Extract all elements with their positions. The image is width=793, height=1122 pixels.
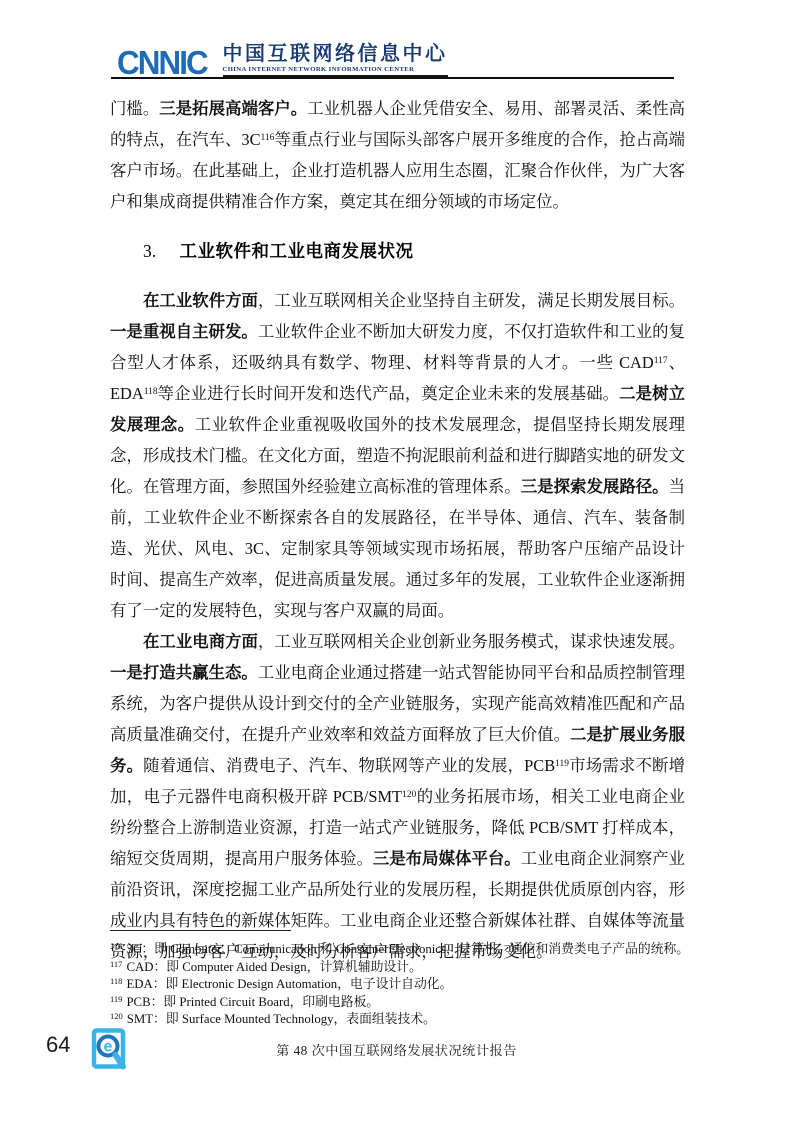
footnote-separator	[110, 930, 291, 931]
org-name-en: CHINA INTERNET NETWORK INFORMATION CENTE…	[223, 65, 448, 77]
org-name-cn: 中国互联网络信息中心	[223, 44, 448, 65]
section-number: 3.	[143, 236, 156, 267]
footnote-ref: 117	[654, 356, 668, 366]
footnote-marker: 118	[110, 976, 122, 986]
footnote-ref: 116	[261, 133, 275, 143]
footnote: 119PCB：即 Printed Circuit Board，印刷电路板。	[110, 994, 692, 1012]
footnote-marker: 116	[110, 941, 122, 951]
footnote-text: EDA：即 Electronic Design Automation，电子设计自…	[126, 977, 452, 991]
document-page: CNNIC 中国互联网络信息中心 CHINA INTERNET NETWORK …	[0, 0, 793, 1122]
footnote-ref: 118	[144, 387, 158, 397]
footnote-ref: 119	[555, 759, 569, 769]
footnote: 1163C：即 Computer、Communication 和 Consume…	[110, 941, 692, 959]
footnote: 117CAD：即 Computer Aided Design，计算机辅助设计。	[110, 959, 692, 977]
header-rule	[111, 77, 674, 79]
body-text: 门槛。三是拓展高端客户。工业机器人企业凭借安全、易用、部署灵活、柔性高的特点，在…	[110, 93, 685, 967]
footnote-marker: 117	[110, 959, 122, 969]
text-run: ，工业互联网相关企业创新业务服务模式，谋求快速发展。	[258, 632, 685, 651]
bold-run: 在工业电商方面	[143, 632, 258, 651]
footnote-ref: 120	[402, 790, 416, 800]
section-title: 工业软件和工业电商发展状况	[180, 241, 414, 261]
footer-title: 第 48 次中国互联网络发展状况统计报告	[0, 1040, 793, 1059]
page-header: CNNIC 中国互联网络信息中心 CHINA INTERNET NETWORK …	[117, 44, 448, 77]
section-heading: 3. 工业软件和工业电商发展状况	[143, 236, 685, 267]
paragraph-industrial-ecommerce: 在工业电商方面，工业互联网相关企业创新业务服务模式，谋求快速发展。一是打造共赢生…	[110, 626, 685, 967]
paragraph-robot-clients: 门槛。三是拓展高端客户。工业机器人企业凭借安全、易用、部署灵活、柔性高的特点，在…	[110, 93, 685, 217]
footnote-marker: 119	[110, 994, 122, 1004]
footnote-text: PCB：即 Printed Circuit Board，印刷电路板。	[126, 995, 379, 1009]
text-run: 等企业进行长时间开发和迭代产品，奠定企业未来的发展基础。	[158, 384, 620, 403]
footnote-marker: 120	[110, 1011, 123, 1021]
text-run: ，工业互联网相关企业坚持自主研发，满足长期发展目标。	[258, 291, 685, 310]
text-run: 门槛。	[110, 99, 159, 118]
text-run: 当前，工业软件企业不断探索各自的发展路径，在半导体、通信、汽车、装备制造、光伏、…	[110, 477, 685, 620]
footnote-text: 3C：即 Computer、Communication 和 ConsumerEl…	[126, 942, 689, 956]
cnnic-logo: CNNIC	[117, 48, 207, 77]
bold-run: 三是拓展高端客户。	[159, 99, 307, 118]
footnote: 120SMT：即 Surface Mounted Technology，表面组装…	[110, 1011, 692, 1029]
footnote-text: CAD：即 Computer Aided Design，计算机辅助设计。	[126, 960, 421, 974]
bold-run: 三是探索发展路径。	[521, 477, 669, 496]
bold-run: 一是打造共赢生态。	[110, 663, 258, 682]
bold-run: 在工业软件方面	[143, 291, 258, 310]
text-run: 随着通信、消费电子、汽车、物联网等产业的发展，PCB	[143, 756, 555, 775]
footnote-text: SMT：即 Surface Mounted Technology，表面组装技术。	[127, 1012, 436, 1026]
footnote: 118EDA：即 Electronic Design Automation，电子…	[110, 976, 692, 994]
bold-run: 一是重视自主研发。	[110, 322, 258, 341]
paragraph-industrial-software: 在工业软件方面，工业互联网相关企业坚持自主研发，满足长期发展目标。一是重视自主研…	[110, 285, 685, 626]
bold-run: 三是布局媒体平台。	[373, 849, 521, 868]
footnotes: 1163C：即 Computer、Communication 和 Consume…	[110, 941, 692, 1029]
org-name-block: 中国互联网络信息中心 CHINA INTERNET NETWORK INFORM…	[223, 44, 448, 77]
